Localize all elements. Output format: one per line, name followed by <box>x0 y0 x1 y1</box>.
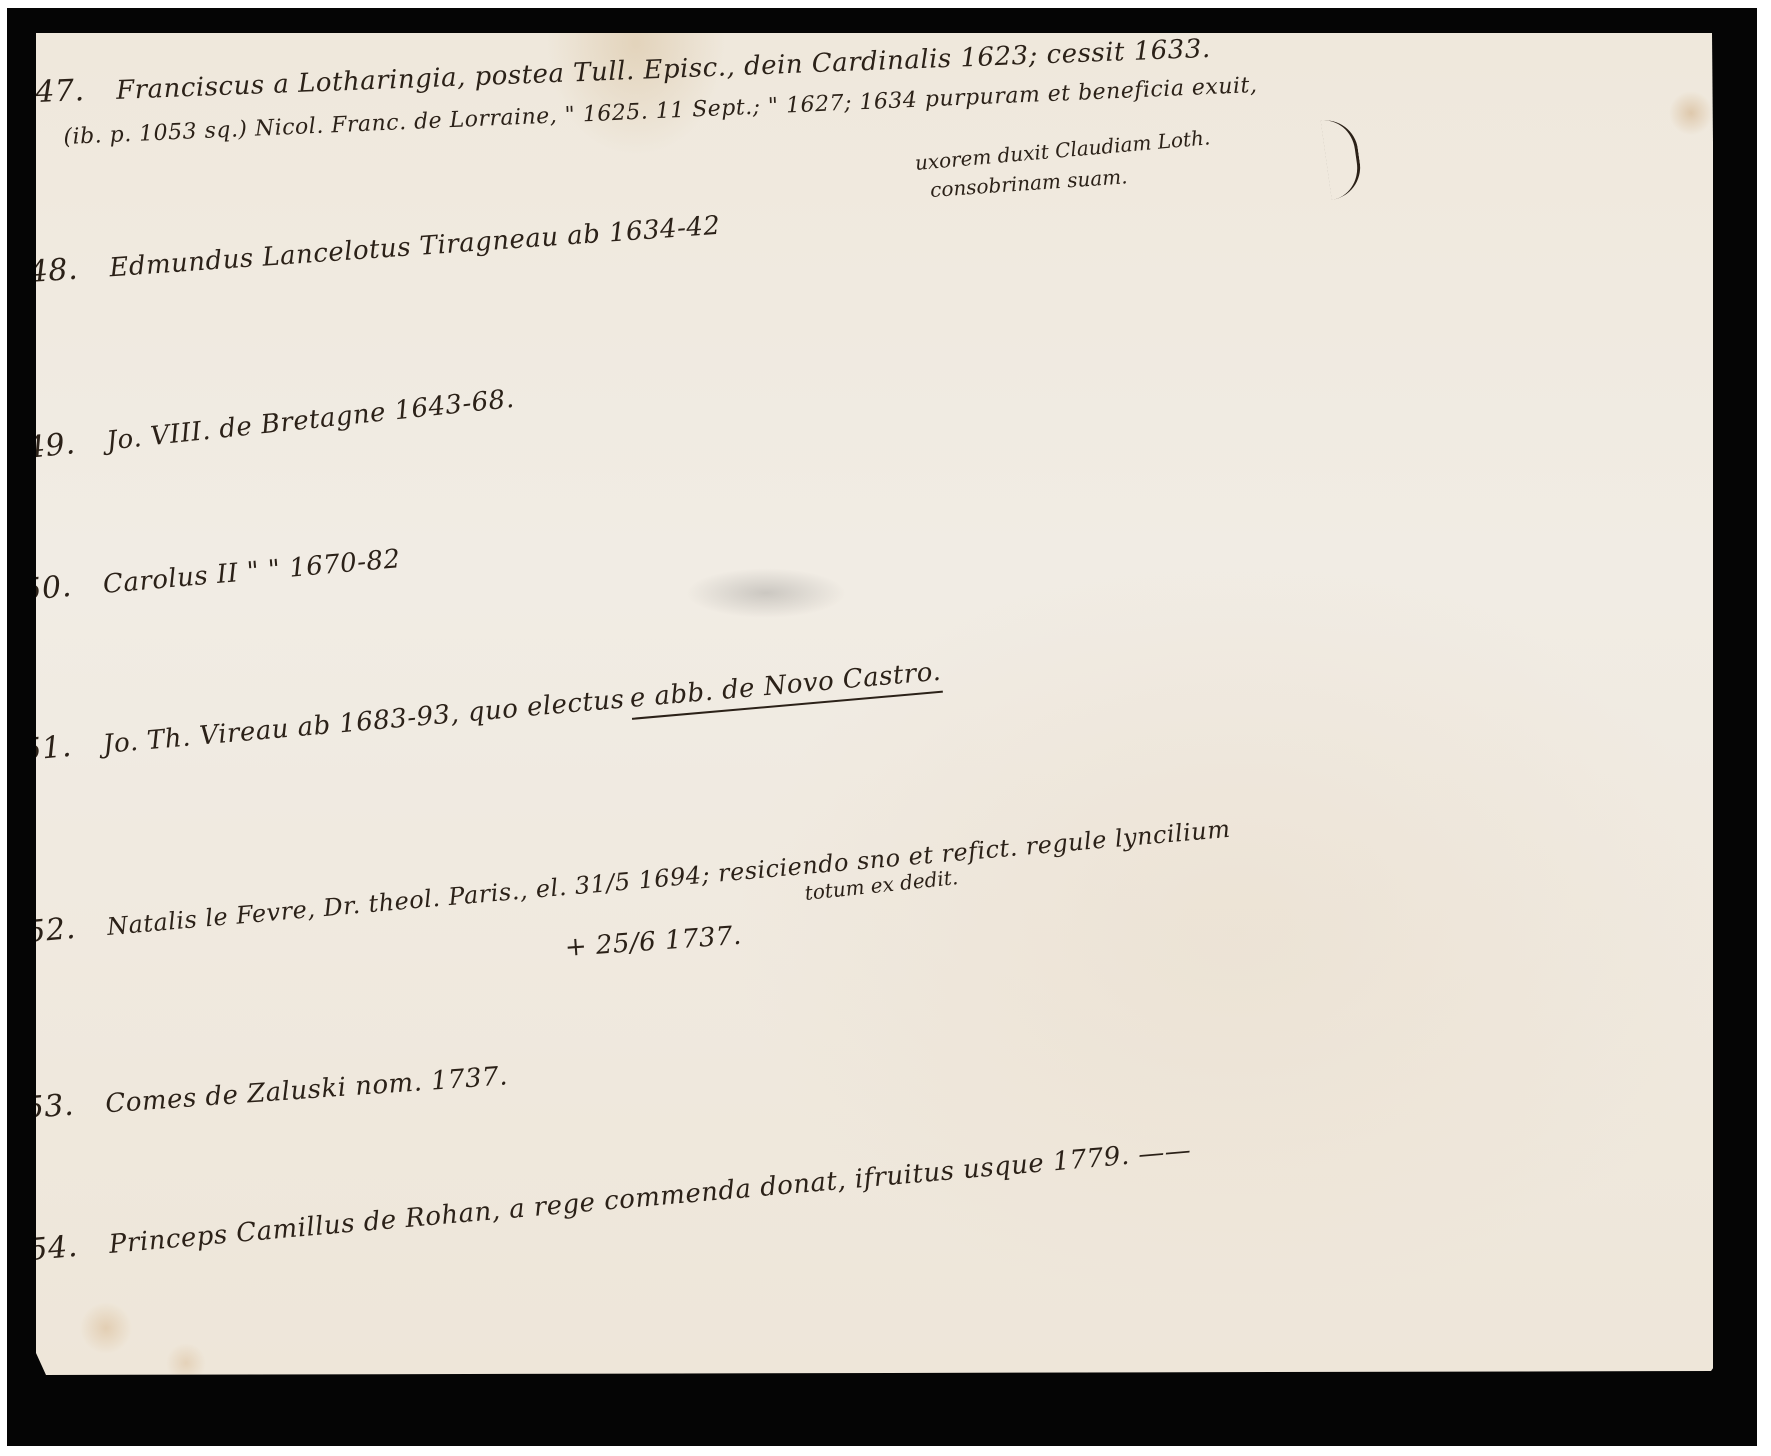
entry-text: Edmundus Lancelotus Tiragneau ab 1634-42 <box>108 211 721 284</box>
entry-text: Jo. VIII. de Bretagne 1643-68. <box>105 384 516 457</box>
entry-54: 54. Princeps Camillus de Rohan, a rege c… <box>27 1131 1193 1268</box>
entry-text: Jo. Th. Vireau ab 1683-93, quo electus <box>102 684 626 759</box>
entry-53: 53. Comes de Zaluski nom. 1737. <box>24 1057 509 1126</box>
entry-text-underlined: e abb. de Novo Castro. <box>629 657 943 720</box>
entry-51: 51. Jo. Th. Vireau ab 1683-93, quo elect… <box>21 653 943 768</box>
manuscript-page: 47. Franciscus a Lotharingia, postea Tul… <box>36 33 1713 1375</box>
entry-text: Princeps Camillus de Rohan, a rege comme… <box>108 1135 1193 1260</box>
closing-bracket <box>1321 116 1365 200</box>
entry-number: 47. <box>35 73 86 110</box>
entry-47-note-1: uxorem duxit Claudiam Loth. <box>914 125 1211 175</box>
entry-48: 48. Edmundus Lancelotus Tiragneau ab 163… <box>28 207 722 290</box>
entry-text: + 25/6 1737. <box>564 921 743 963</box>
entry-50: 50. Carolus II " " 1670-82 <box>21 540 402 608</box>
entry-text: Comes de Zaluski nom. 1737. <box>104 1061 508 1119</box>
entry-text: Natalis le Fevre, Dr. theol. Paris., el.… <box>106 815 1232 941</box>
entry-text: Carolus II " " 1670-82 <box>102 544 402 600</box>
entry-49: 49. Jo. VIII. de Bretagne 1643-68. <box>24 380 516 466</box>
entry-52-line2: + 25/6 1737. <box>564 921 743 963</box>
ink-smudge <box>686 568 846 618</box>
